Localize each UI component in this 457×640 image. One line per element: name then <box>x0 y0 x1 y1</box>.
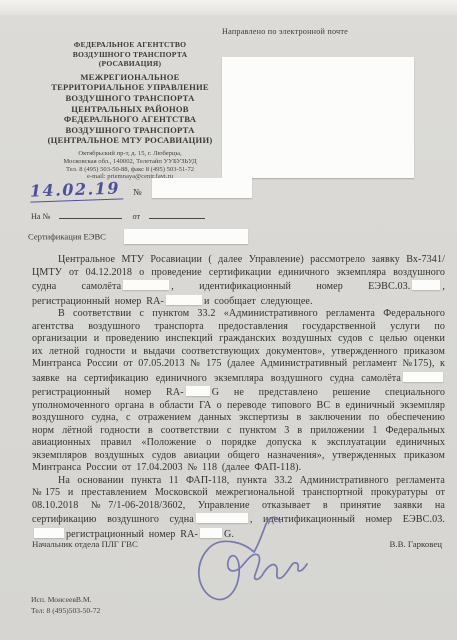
agency-line: (РОСАВИАЦИЯ) <box>28 59 232 69</box>
letterhead: ФЕДЕРАЛЬНОЕ АГЕНТСТВО ВОЗДУШНОГО ТРАНСПО… <box>28 40 232 181</box>
body-text: , идентификационный номер ЕЭВС.03. <box>171 281 410 292</box>
body-text: регистрационный номер RA- <box>32 387 184 398</box>
department-line: (ЦЕНТРАЛЬНОЕ МТУ РОСАВИАЦИИ) <box>28 135 232 146</box>
agency-line: ФЕДЕРАЛЬНОЕ АГЕНТСТВО <box>28 40 232 50</box>
redaction-box-aircraft-type <box>123 280 169 290</box>
redaction-box-aircraft-type <box>403 372 443 382</box>
date-number-row: 14.02.19 № <box>30 180 290 201</box>
reply-to-label: На № <box>31 212 50 221</box>
redaction-box-id-number <box>412 280 440 290</box>
address-line: Тел. 8 (495) 503-50-88, факс 8 (495) 503… <box>28 166 232 174</box>
executor-phone: Тел: 8 (495)503-50-72 <box>31 605 100 616</box>
body-text: регистрационный номер RA- <box>66 529 198 540</box>
subject-label: Сертификация ЕЭВС <box>28 231 106 241</box>
signoff-row: Начальник отдела ПЛГ ГВС В.В. Гарковец <box>32 539 442 549</box>
redaction-box-subject <box>124 229 248 244</box>
department-line: ТЕРРИТОРИАЛЬНОЕ УПРАВЛЕНИЕ <box>28 82 232 93</box>
paragraph-2: В соответствии с пунктом 33.2 «Администр… <box>32 308 445 475</box>
redaction-box-reg-number <box>166 295 202 305</box>
reply-date-blank-line <box>149 211 205 219</box>
agency-name-block: ФЕДЕРАЛЬНОЕ АГЕНТСТВО ВОЗДУШНОГО ТРАНСПО… <box>28 40 232 69</box>
address-block: Октябрьский пр-т, д. 15, г. Люберцы, Мос… <box>28 150 232 181</box>
executor-line: Исп. МоисеевВ.М. <box>31 594 100 605</box>
redaction-box-reg-number <box>186 386 210 396</box>
redaction-box-outgoing-number <box>152 178 252 198</box>
signature-scribble <box>183 512 333 604</box>
agency-line: ВОЗДУШНОГО ТРАНСПОРТА <box>28 50 232 60</box>
delivery-note: Направлено по электронной почте <box>222 27 422 36</box>
redaction-box-id-number <box>34 528 64 538</box>
handwritten-date: 14.02.19 <box>30 178 124 202</box>
department-line: ВОЗДУШНОГО ТРАНСПОРТА <box>28 93 232 104</box>
body-text: G не представлено решение специального у… <box>32 387 445 473</box>
address-line: Октябрьский пр-т, д. 15, г. Люберцы, <box>28 150 232 158</box>
department-line: ВОЗДУШНОГО ТРАНСПОРТА <box>28 125 232 136</box>
department-line: ЦЕНТРАЛЬНЫХ РАЙОНОВ <box>28 104 232 115</box>
body-text: В соответствии с пунктом 33.2 «Администр… <box>32 308 445 384</box>
department-line: ФЕДЕРАЛЬНОГО АГЕНТСТВА <box>28 114 232 125</box>
reply-from-label: от <box>133 212 141 221</box>
executor-block: Исп. МоисеевВ.М. Тел: 8 (495)503-50-72 <box>31 594 100 616</box>
signer-position: Начальник отдела ПЛГ ГВС <box>32 539 138 549</box>
address-line: Московская обл., 140002, Телетайп УУБУЗЬ… <box>28 158 232 166</box>
reply-reference-row: На № от <box>31 211 205 221</box>
subject-row: Сертификация ЕЭВС <box>28 230 248 245</box>
body-text: и сообщает следующее. <box>204 296 313 307</box>
letter-body: Центральное МТУ Росавиации ( далее Управ… <box>32 254 445 541</box>
department-name-block: МЕЖРЕГИОНАЛЬНОЕ ТЕРРИТОРИАЛЬНОЕ УПРАВЛЕН… <box>28 72 232 146</box>
reply-number-blank-line <box>59 211 122 219</box>
redaction-box-recipient <box>222 57 414 178</box>
signer-name: В.В. Гарковец <box>390 539 442 549</box>
paragraph-1: Центральное МТУ Росавиации ( далее Управ… <box>32 254 445 308</box>
number-sign: № <box>133 187 142 197</box>
department-line: МЕЖРЕГИОНАЛЬНОЕ <box>28 72 232 83</box>
scanned-letter-page: Направлено по электронной почте ФЕДЕРАЛЬ… <box>0 0 457 640</box>
scan-edge-strip <box>0 0 457 15</box>
